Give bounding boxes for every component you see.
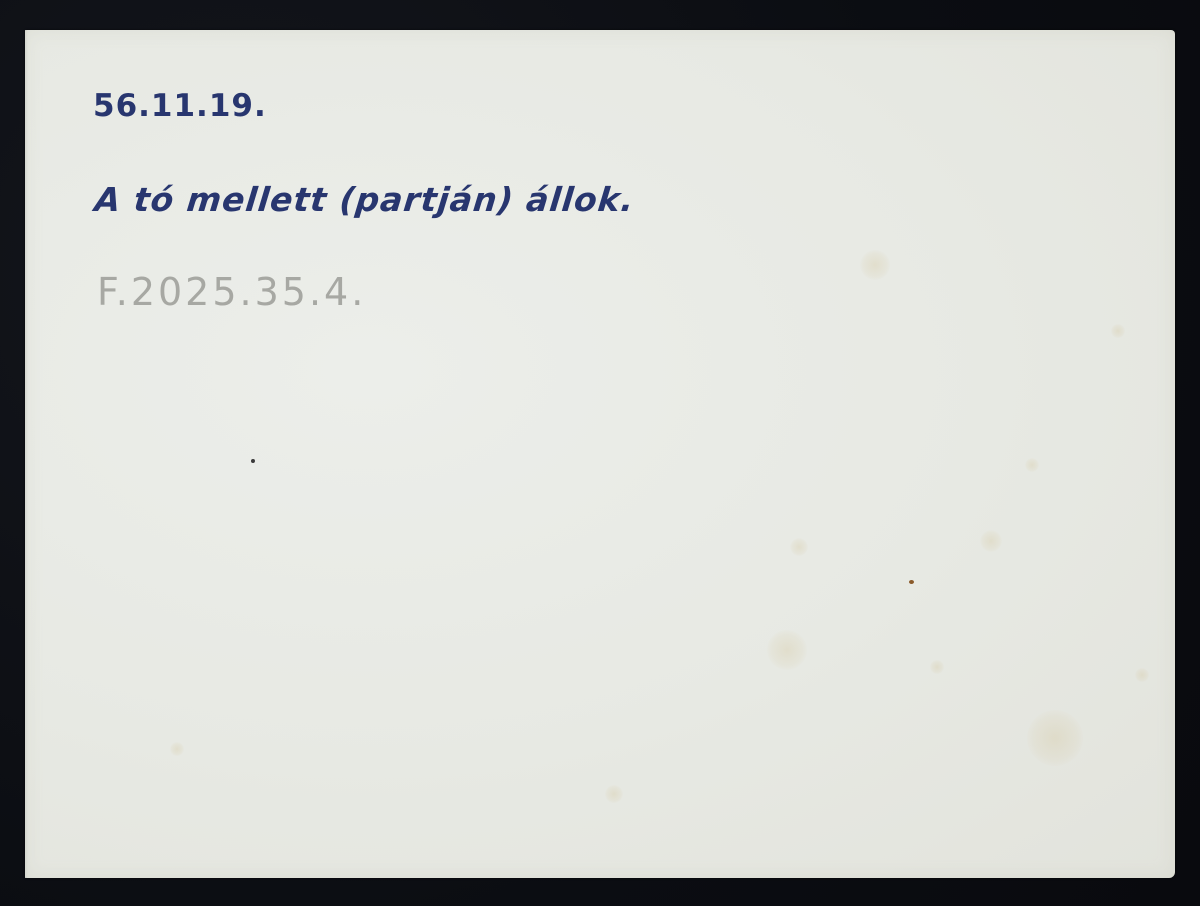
card-edge — [25, 30, 28, 878]
dirt-speck — [909, 580, 914, 584]
foxing-stain — [605, 785, 623, 803]
foxing-stain — [1111, 324, 1125, 338]
foxing-stain — [790, 538, 808, 556]
dirt-speck — [251, 459, 255, 463]
foxing-stain — [170, 742, 184, 756]
foxing-stain — [1025, 458, 1039, 472]
pencil-inventory-number: F.2025.35.4. — [97, 270, 366, 314]
photo-card-back: 56.11.19. A tó mellett (partján) állok. … — [25, 30, 1175, 878]
foxing-stain — [1027, 710, 1083, 766]
handwritten-date: 56.11.19. — [93, 88, 267, 124]
foxing-stain — [1135, 668, 1149, 682]
foxing-stain — [930, 660, 944, 674]
foxing-stain — [860, 250, 890, 280]
handwritten-caption: A tó mellett (partján) állok. — [93, 180, 637, 219]
foxing-stain — [980, 530, 1002, 552]
foxing-stain — [767, 630, 807, 670]
